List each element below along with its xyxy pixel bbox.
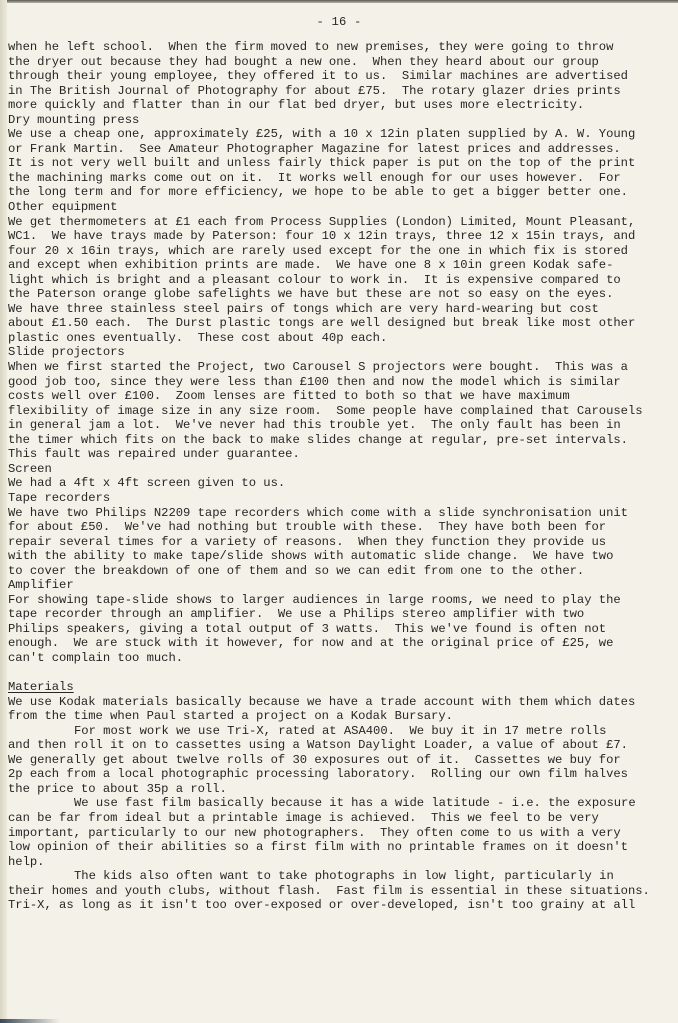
section-heading: Slide projectors xyxy=(8,345,673,360)
text-line: can't complain too much. xyxy=(8,651,673,666)
scan-binding-edge xyxy=(0,0,7,1023)
section-heading-text: Other equipment xyxy=(8,200,117,214)
scan-corner-shadow xyxy=(0,1019,60,1023)
section-heading-text: Dry mounting press xyxy=(8,113,139,127)
paragraph: We use Kodak materials basically because… xyxy=(8,695,673,724)
text-line: light which is bright and a pleasant col… xyxy=(8,273,673,288)
text-line: and then roll it on to cassettes using a… xyxy=(8,738,673,753)
text-line: about £1.50 each. The Durst plastic tong… xyxy=(8,316,673,331)
text-line: the long term and for more efficiency, w… xyxy=(8,185,673,200)
text-line: four 20 x 16in trays, which are rarely u… xyxy=(8,244,673,259)
section-heading-text: Tape recorders xyxy=(8,491,110,505)
section-heading: Other equipment xyxy=(8,200,673,215)
text-line: This fault was repaired under guarantee. xyxy=(8,447,673,462)
text-line: in general jam a lot. We've never had th… xyxy=(8,418,673,433)
section-heading-text: Screen xyxy=(8,462,52,476)
text-line: the Paterson orange globe safelights we … xyxy=(8,287,673,302)
text-line: more quickly and flatter than in our fla… xyxy=(8,98,673,113)
text-line: flexibility of image size in any size ro… xyxy=(8,404,673,419)
text-line: We had a 4ft x 4ft screen given to us. xyxy=(8,476,673,491)
section-heading: Dry mounting press xyxy=(8,113,673,128)
text-line: Tri-X, as long as it isn't too over-expo… xyxy=(8,898,673,913)
document-body: when he left school. When the firm moved… xyxy=(8,40,673,913)
paragraph: We had a 4ft x 4ft screen given to us. xyxy=(8,476,673,491)
section-heading-text: Slide projectors xyxy=(8,345,125,359)
paragraph: For showing tape-slide shows to larger a… xyxy=(8,593,673,666)
text-line: Philips speakers, giving a total output … xyxy=(8,622,673,637)
text-line: the machining marks come out on it. It w… xyxy=(8,171,673,186)
text-line: or Frank Martin. See Amateur Photographe… xyxy=(8,142,673,157)
text-line: from the time when Paul started a projec… xyxy=(8,709,673,724)
text-line: good job too, since they were less than … xyxy=(8,375,673,390)
text-line: the dryer out because they had bought a … xyxy=(8,55,673,70)
text-line: WC1. We have trays made by Paterson: fou… xyxy=(8,229,673,244)
blank-line xyxy=(8,666,673,681)
text-line: costs well over £100. Zoom lenses are fi… xyxy=(8,389,673,404)
text-line: in The British Journal of Photography fo… xyxy=(8,84,673,99)
section-heading: Amplifier xyxy=(8,578,673,593)
text-line: We have two Philips N2209 tape recorders… xyxy=(8,506,673,521)
text-line: enough. We are stuck with it however, fo… xyxy=(8,636,673,651)
page-number: - 16 - xyxy=(0,15,678,29)
text-line: The kids also often want to take photogr… xyxy=(8,869,673,884)
text-line: We use a cheap one, approximately £25, w… xyxy=(8,127,673,142)
paragraph: when he left school. When the firm moved… xyxy=(8,40,673,113)
text-line: help. xyxy=(8,855,673,870)
paragraph: We get thermometers at £1 each from Proc… xyxy=(8,215,673,346)
document-page: - 16 - when he left school. When the fir… xyxy=(0,0,678,1023)
text-line: and except when exhibition prints are ma… xyxy=(8,258,673,273)
text-line: can be far from ideal but a printable im… xyxy=(8,811,673,826)
text-line: for about £50. We've had nothing but tro… xyxy=(8,520,673,535)
section-heading: Tape recorders xyxy=(8,491,673,506)
text-line: plastic ones eventually. These cost abou… xyxy=(8,331,673,346)
paragraph: We use a cheap one, approximately £25, w… xyxy=(8,127,673,200)
section-heading-text: Amplifier xyxy=(8,578,74,592)
text-line: We have three stainless steel pairs of t… xyxy=(8,302,673,317)
scan-top-edge xyxy=(0,0,678,3)
text-line: We use Kodak materials basically because… xyxy=(8,695,673,710)
text-line: tape recorder through an amplifier. We u… xyxy=(8,607,673,622)
text-line: with the ability to make tape/slide show… xyxy=(8,549,673,564)
section-heading-text: Materials xyxy=(8,680,74,694)
paragraph: The kids also often want to take photogr… xyxy=(8,869,673,913)
text-line: For most work we use Tri-X, rated at ASA… xyxy=(8,724,673,739)
text-line: We get thermometers at £1 each from Proc… xyxy=(8,215,673,230)
text-line: low opinion of their abilities so a firs… xyxy=(8,840,673,855)
paragraph: We use fast film basically because it ha… xyxy=(8,796,673,869)
section-heading: Screen xyxy=(8,462,673,477)
text-line: important, particularly to our new photo… xyxy=(8,826,673,841)
text-line: the timer which fits on the back to make… xyxy=(8,433,673,448)
text-line: repair several times for a variety of re… xyxy=(8,535,673,550)
text-line: We generally get about twelve rolls of 3… xyxy=(8,753,673,768)
paragraph: We have two Philips N2209 tape recorders… xyxy=(8,506,673,579)
text-line: the price to about 35p a roll. xyxy=(8,782,673,797)
text-line: We use fast film basically because it ha… xyxy=(8,796,673,811)
text-line: their homes and youth clubs, without fla… xyxy=(8,884,673,899)
section-heading: Materials xyxy=(8,680,673,695)
text-line: For showing tape-slide shows to larger a… xyxy=(8,593,673,608)
paragraph: For most work we use Tri-X, rated at ASA… xyxy=(8,724,673,797)
text-line: 2p each from a local photographic proces… xyxy=(8,767,673,782)
text-line: to cover the breakdown of one of them an… xyxy=(8,564,673,579)
text-line: It is not very well built and unless fai… xyxy=(8,156,673,171)
text-line: through their young employee, they offer… xyxy=(8,69,673,84)
text-line: when he left school. When the firm moved… xyxy=(8,40,673,55)
paragraph: When we first started the Project, two C… xyxy=(8,360,673,462)
text-line: When we first started the Project, two C… xyxy=(8,360,673,375)
